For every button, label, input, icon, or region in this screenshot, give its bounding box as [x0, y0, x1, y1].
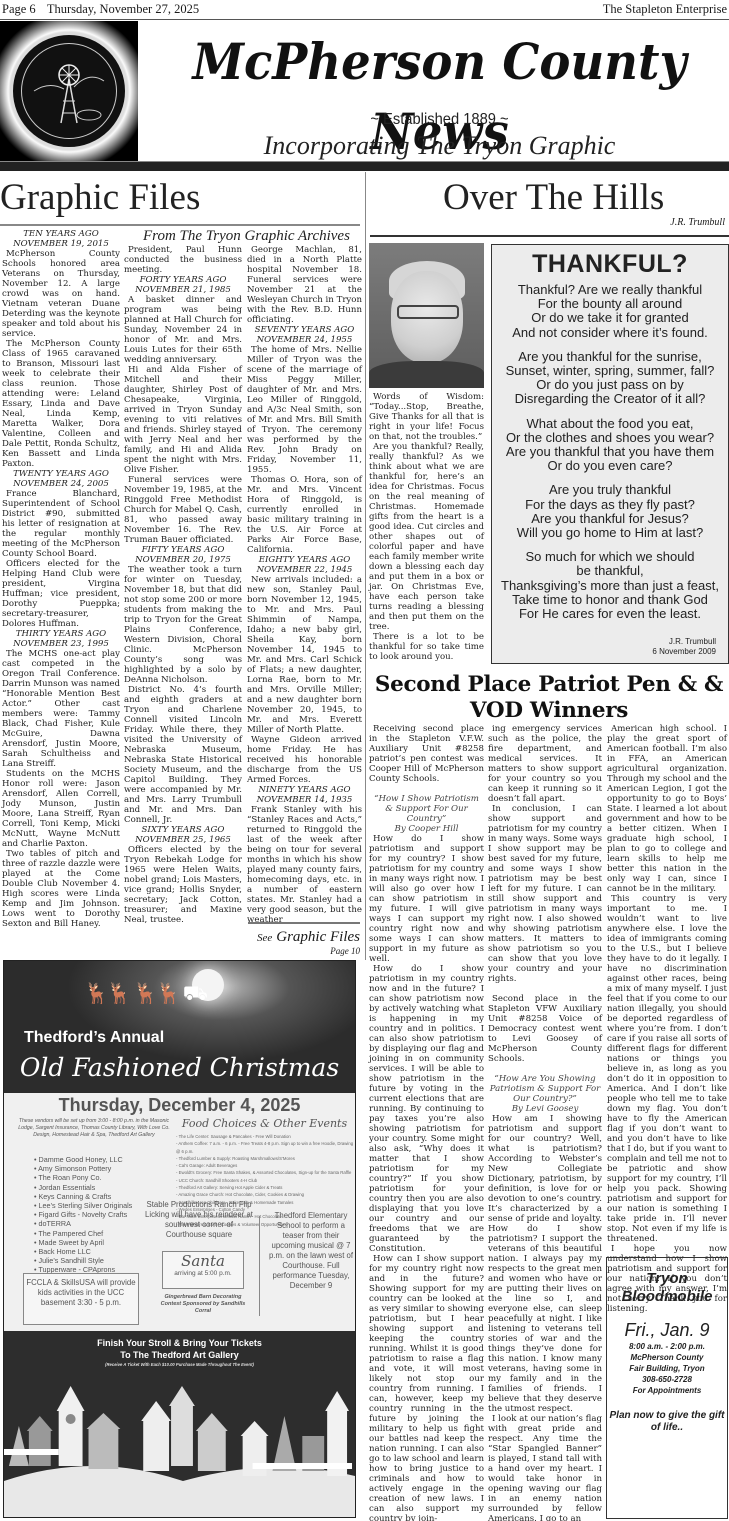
paragraph: How do I show patriotism and support for… — [369, 834, 484, 964]
vendor-item: The Roan Pony Co. — [34, 1173, 174, 1182]
vendor-item: Julie’s Sandhill Style — [34, 1256, 174, 1265]
dateline-heading: TWENTY YEARS AGO — [2, 469, 120, 479]
paragraph: Funeral services were November 19, 1985,… — [124, 475, 242, 545]
paragraph: The MCHS one-act play cast competed in t… — [2, 649, 120, 769]
santa-box: Santa arriving at 5:00 p.m. — [162, 1251, 244, 1289]
food-event-item: Thedford Lumber & Supply: Roasting Marsh… — [176, 1155, 356, 1162]
paragraph: District No. 4’s fourth and eighth grade… — [124, 685, 242, 825]
ad-village-banner: Finish Your Stroll & Bring Your Tickets … — [4, 1331, 355, 1518]
paragraph: The McPherson County Class of 1965 carav… — [2, 339, 120, 469]
food-event-item: Amazing Grace Church: Hot Chocolate, Cid… — [176, 1191, 356, 1198]
paragraph: How can I show support for my country ri… — [369, 1254, 484, 1521]
dateline-heading: FIFTY YEARS AGO — [124, 545, 242, 555]
folio-bar: Page 6 Thursday, November 27, 2025 The S… — [0, 0, 729, 20]
section-rule — [0, 224, 360, 226]
vendor-item: Jordan Essentials — [34, 1183, 174, 1192]
essay-title: By Cooper Hill — [369, 824, 484, 834]
christmas-event-ad: 🦌🦌 🦌🦌 ⛟ Thedford’s Annual Old Fashioned … — [3, 960, 356, 1518]
over-the-hills-title: Over The Hills — [443, 178, 664, 218]
paragraph: Hi and Alda Fisher of Mitchell and their… — [124, 365, 242, 475]
paragraph: Words of Wisdom: “Today...Stop, Breathe,… — [369, 392, 484, 442]
bloodmobile-phone: 308-650-2728 — [607, 1374, 727, 1385]
paragraph: Thomas O. Hora, son of Mr. and Mrs. Vinc… — [247, 475, 362, 555]
dateline-heading: TEN YEARS AGO — [2, 229, 120, 239]
village-illustration-icon — [4, 1371, 355, 1518]
dateline-heading: NINETY YEARS AGO — [247, 785, 362, 795]
dateline-heading: SIXTY YEARS AGO — [124, 825, 242, 835]
publication-name: The Stapleton Enterprise — [603, 2, 727, 17]
paragraph: Second place in the Stapleton VFW Auxili… — [488, 994, 602, 1064]
over-the-hills-column: Words of Wisdom: “Today...Stop, Breathe,… — [369, 392, 484, 662]
poem-signature: J.R. Trumbull 6 November 2009 — [652, 637, 716, 657]
paragraph: This country is very important to me. I … — [607, 894, 727, 1244]
graphic-files-column-1: TEN YEARS AGONOVEMBER 19, 2015McPherson … — [2, 229, 120, 929]
continued-link[interactable]: See Graphic Files Page 10 — [248, 928, 360, 956]
dateline-heading: NOVEMBER 22, 1945 — [247, 565, 362, 575]
paragraph: ing emergency services such as the polic… — [488, 724, 602, 804]
dateline-heading: NOVEMBER 20, 1975 — [124, 555, 242, 565]
paragraph: I look at our nation’s flag with great p… — [488, 1414, 602, 1521]
dateline-heading: NOVEMBER 24, 2005 — [2, 479, 120, 489]
paragraph: How am I showing patriotism and support … — [488, 1114, 602, 1414]
paragraph: The home of Mrs. Nellie Miller of Tryon … — [247, 345, 362, 475]
paragraph — [488, 984, 602, 994]
established-line: ~ Established 1889 ~ — [173, 111, 706, 129]
poem-stanzas: Thankful? Are we really thankfulFor the … — [492, 283, 728, 621]
masthead-rule — [0, 161, 729, 171]
county-seal-logo — [0, 21, 138, 161]
reindeer-sleigh-icon: 🦌🦌 🦌🦌 ⛟ — [84, 981, 206, 1008]
issue-date: Thursday, November 27, 2025 — [47, 2, 199, 16]
ad-date: Thursday, December 4, 2025 — [4, 1095, 355, 1116]
paragraph: Two tables of pitch and three of razzle … — [2, 849, 120, 929]
bloodmobile-date: Fri., Jan. 9 — [607, 1320, 727, 1341]
dateline-heading: NOVEMBER 25, 1965 — [124, 835, 242, 845]
paragraph: McPherson County Schools honored area Ve… — [2, 249, 120, 339]
patriot-headline: Second Place Patriot Pen & & VOD Winners — [369, 672, 729, 724]
masthead: McPherson County News ~ Established 1889… — [0, 21, 729, 161]
archives-subtitle: From The Tryon Graphic Archives — [143, 228, 350, 245]
essay-title: “How I Show Patriotism & Support For Our… — [369, 794, 484, 824]
paragraph: There is a lot to be thankful for so tak… — [369, 632, 484, 662]
paragraph — [488, 1064, 602, 1074]
vendor-item: Back Home LLC — [34, 1247, 174, 1256]
column-divider — [365, 172, 366, 960]
poem-stanza: Thankful? Are we really thankfulFor the … — [492, 283, 728, 340]
paragraph: Officers elected for the Helping Hand Cl… — [2, 559, 120, 629]
incorporating-line: Incorporating The Tryon Graphic — [150, 131, 729, 161]
ad-title: Old Fashioned Christmas — [4, 1053, 355, 1082]
poem-title: THANKFUL? — [492, 250, 728, 279]
paragraph: George Machlan, 81, died in a North Plat… — [247, 245, 362, 325]
folio-left: Page 6 Thursday, November 27, 2025 — [2, 2, 199, 17]
dateline-heading: NOVEMBER 21, 1985 — [124, 285, 242, 295]
paragraph: Students on the MCHS Honor roll were: Ja… — [2, 769, 120, 849]
poem-stanza: Are you truly thankfulFor the days as th… — [492, 483, 728, 540]
bloodmobile-ad: Tryon Bloodmobile Fri., Jan. 9 8:00 a.m.… — [606, 1257, 728, 1519]
paragraph: New arrivals included: a new son, Stanle… — [247, 575, 362, 735]
dateline-heading: NOVEMBER 24, 1955 — [247, 335, 362, 345]
food-event-item: Anthem Coffee: 7 a.m. - 6 p.m. - Free Tr… — [176, 1140, 356, 1155]
poem-stanza: Are you thankful for the sunrise,Sunset,… — [492, 350, 728, 407]
vendor-item: Damme Good Honey, LLC — [34, 1155, 174, 1164]
dateline-heading: NOVEMBER 14, 1935 — [247, 795, 362, 805]
patriot-column-1: Receiving second place in the Stapleton … — [369, 724, 484, 1521]
dateline-heading: FORTY YEARS AGO — [124, 275, 242, 285]
graphic-files-title: Graphic Files — [0, 178, 200, 218]
page-number: Page 6 — [2, 2, 36, 16]
graphic-files-column-3: George Machlan, 81, died in a North Plat… — [247, 245, 362, 925]
dateline-heading: SEVENTY YEARS AGO — [247, 325, 362, 335]
essay-title: By Levi Goosey — [488, 1104, 602, 1114]
paragraph: The weather took a turn for winter on Tu… — [124, 565, 242, 685]
paragraph: Are you thankful? Really, really thankfu… — [369, 442, 484, 632]
food-event-item: UCC Church: Sandhill Shooters 4-H Club — [176, 1177, 356, 1184]
essay-title: “How Are You Showing Patriotism & Suppor… — [488, 1074, 602, 1104]
patriot-column-2: ing emergency services such as the polic… — [488, 724, 602, 1521]
dateline-heading: THIRTY YEARS AGO — [2, 629, 120, 639]
food-event-item: The Life Center: Sausage & Pancakes - Fr… — [176, 1133, 356, 1140]
paragraph: In conclusion, I can show support and pa… — [488, 804, 602, 984]
paragraph: Wayne Gideon arrived home Friday. He has… — [247, 735, 362, 785]
food-event-item: Ewoldt’s Grocery: Free Santa Shakes, & A… — [176, 1169, 356, 1176]
food-event-item: Thedford Art Gallery: Serving Hot Apple … — [176, 1184, 356, 1191]
byline: J.R. Trumbull — [670, 217, 725, 228]
graphic-files-column-2: President, Paul Hunn conducted the busin… — [124, 245, 242, 925]
paragraph: How do I show patriotism in my country n… — [369, 964, 484, 1254]
windmill-icon — [29, 51, 109, 131]
poem-stanza: So much for which we shouldbe thankful,T… — [492, 550, 728, 621]
dateline-heading: EIGHTY YEARS AGO — [247, 555, 362, 565]
paragraph: Receiving second place in the Stapleton … — [369, 724, 484, 784]
patriot-column-3: American high school. I play the great s… — [607, 724, 727, 1314]
ad-night-sky: 🦌🦌 🦌🦌 ⛟ Thedford’s Annual Old Fashioned … — [4, 961, 355, 1093]
columnist-photo — [369, 243, 484, 388]
paragraph: Officers elected by the Tryon Rebekah Lo… — [124, 845, 242, 925]
poem-box: THANKFUL? Thankful? Are we really thankf… — [491, 244, 729, 664]
food-event-item: Cal’s Garage: Adult Beverages — [176, 1162, 356, 1169]
section-rule — [370, 235, 729, 237]
paragraph: Frank Stanley with his “Stanley Races an… — [247, 805, 362, 925]
paragraph — [369, 784, 484, 794]
paragraph: President, Paul Hunn conducted the busin… — [124, 245, 242, 275]
paragraph: A basket dinner and program was being pl… — [124, 295, 242, 365]
dateline-heading: NOVEMBER 19, 2015 — [2, 239, 120, 249]
poem-stanza: What about the food you eat,Or the cloth… — [492, 417, 728, 474]
fccla-box: FCCLA & SkillsUSA will provide kids acti… — [23, 1273, 139, 1325]
paragraph: American high school. I play the great s… — [607, 724, 727, 894]
vendor-item: Amy Simonson Pottery — [34, 1164, 174, 1173]
paragraph: France Blanchard, Superintendent of Scho… — [2, 489, 120, 559]
continued-rule — [248, 922, 360, 924]
dateline-heading: NOVEMBER 23, 1995 — [2, 639, 120, 649]
